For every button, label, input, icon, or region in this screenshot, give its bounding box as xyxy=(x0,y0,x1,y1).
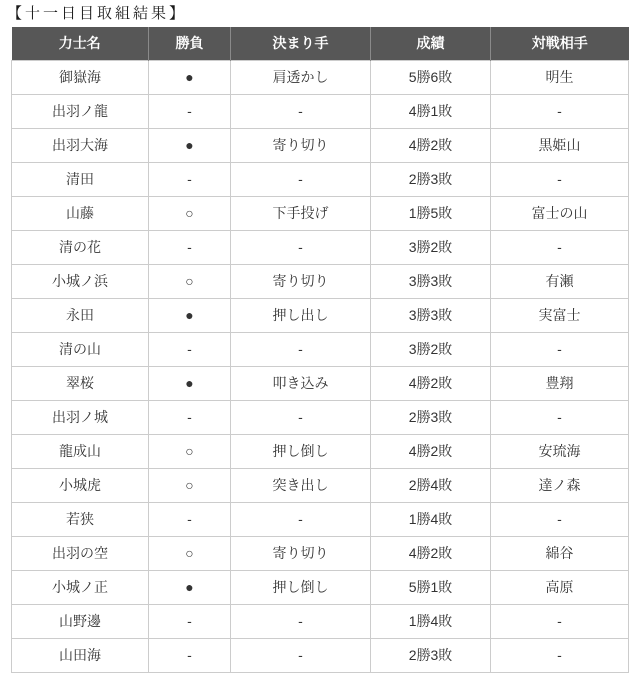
cell-rikishi-name: 若狭 xyxy=(12,502,149,536)
cell-record: 5勝6敗 xyxy=(371,60,491,94)
cell-result-mark: - xyxy=(149,94,231,128)
cell-rikishi-name: 清田 xyxy=(12,162,149,196)
cell-result-mark: ● xyxy=(149,128,231,162)
cell-kimarite: - xyxy=(231,400,371,434)
cell-opponent: - xyxy=(491,332,629,366)
cell-opponent: 豊翔 xyxy=(491,366,629,400)
cell-result-mark: - xyxy=(149,638,231,672)
cell-result-mark: - xyxy=(149,230,231,264)
cell-record: 3勝2敗 xyxy=(371,332,491,366)
cell-record: 4勝2敗 xyxy=(371,434,491,468)
results-table-body: 御嶽海●肩透かし5勝6敗明生出羽ノ龍--4勝1敗-出羽大海●寄り切り4勝2敗黒姫… xyxy=(12,60,629,672)
cell-record: 1勝4敗 xyxy=(371,604,491,638)
cell-rikishi-name: 山藤 xyxy=(12,196,149,230)
cell-result-mark: ● xyxy=(149,298,231,332)
cell-kimarite: - xyxy=(231,332,371,366)
cell-rikishi-name: 御嶽海 xyxy=(12,60,149,94)
cell-rikishi-name: 小城虎 xyxy=(12,468,149,502)
cell-rikishi-name: 山野邊 xyxy=(12,604,149,638)
results-table: 力士名 勝負 決まり手 成績 対戦相手 御嶽海●肩透かし5勝6敗明生出羽ノ龍--… xyxy=(11,27,629,673)
table-row: 御嶽海●肩透かし5勝6敗明生 xyxy=(12,60,629,94)
cell-record: 2勝4敗 xyxy=(371,468,491,502)
table-row: 出羽ノ龍--4勝1敗- xyxy=(12,94,629,128)
page-title: 【十一日目取組結果】 xyxy=(7,6,640,22)
cell-record: 4勝2敗 xyxy=(371,128,491,162)
cell-result-mark: ● xyxy=(149,366,231,400)
cell-result-mark: - xyxy=(149,332,231,366)
cell-opponent: 富士の山 xyxy=(491,196,629,230)
cell-result-mark: ○ xyxy=(149,196,231,230)
cell-record: 1勝5敗 xyxy=(371,196,491,230)
cell-kimarite: 押し倒し xyxy=(231,434,371,468)
cell-record: 4勝1敗 xyxy=(371,94,491,128)
column-header-opponent: 対戦相手 xyxy=(491,27,629,60)
column-header-result-mark: 勝負 xyxy=(149,27,231,60)
column-header-rikishi-name: 力士名 xyxy=(12,27,149,60)
cell-kimarite: - xyxy=(231,162,371,196)
cell-result-mark: ● xyxy=(149,570,231,604)
cell-kimarite: 叩き込み xyxy=(231,366,371,400)
cell-rikishi-name: 翠桜 xyxy=(12,366,149,400)
table-row: 出羽の空○寄り切り4勝2敗綿谷 xyxy=(12,536,629,570)
table-row: 出羽ノ城--2勝3敗- xyxy=(12,400,629,434)
cell-opponent: 明生 xyxy=(491,60,629,94)
cell-record: 3勝3敗 xyxy=(371,298,491,332)
cell-opponent: - xyxy=(491,638,629,672)
cell-rikishi-name: 清の花 xyxy=(12,230,149,264)
cell-opponent: - xyxy=(491,94,629,128)
cell-opponent: 有瀬 xyxy=(491,264,629,298)
table-row: 出羽大海●寄り切り4勝2敗黒姫山 xyxy=(12,128,629,162)
table-row: 若狭--1勝4敗- xyxy=(12,502,629,536)
cell-opponent: 実富士 xyxy=(491,298,629,332)
cell-record: 2勝3敗 xyxy=(371,638,491,672)
cell-kimarite: 押し倒し xyxy=(231,570,371,604)
cell-result-mark: - xyxy=(149,162,231,196)
table-row: 永田●押し出し3勝3敗実富士 xyxy=(12,298,629,332)
cell-opponent: 高原 xyxy=(491,570,629,604)
cell-kimarite: - xyxy=(231,604,371,638)
cell-record: 5勝1敗 xyxy=(371,570,491,604)
table-row: 清の花--3勝2敗- xyxy=(12,230,629,264)
cell-opponent: 黒姫山 xyxy=(491,128,629,162)
cell-opponent: - xyxy=(491,400,629,434)
cell-opponent: - xyxy=(491,162,629,196)
table-row: 小城ノ正●押し倒し5勝1敗高原 xyxy=(12,570,629,604)
cell-kimarite: - xyxy=(231,230,371,264)
column-header-record: 成績 xyxy=(371,27,491,60)
column-header-kimarite: 決まり手 xyxy=(231,27,371,60)
cell-opponent: - xyxy=(491,230,629,264)
cell-result-mark: - xyxy=(149,604,231,638)
cell-result-mark: ● xyxy=(149,60,231,94)
cell-kimarite: 下手投げ xyxy=(231,196,371,230)
cell-opponent: 綿谷 xyxy=(491,536,629,570)
cell-result-mark: ○ xyxy=(149,536,231,570)
cell-kimarite: 押し出し xyxy=(231,298,371,332)
cell-kimarite: 寄り切り xyxy=(231,536,371,570)
cell-rikishi-name: 出羽大海 xyxy=(12,128,149,162)
cell-kimarite: 寄り切り xyxy=(231,264,371,298)
table-row: 山藤○下手投げ1勝5敗富士の山 xyxy=(12,196,629,230)
cell-opponent: 達ノ森 xyxy=(491,468,629,502)
table-row: 山野邊--1勝4敗- xyxy=(12,604,629,638)
cell-rikishi-name: 山田海 xyxy=(12,638,149,672)
table-row: 清田--2勝3敗- xyxy=(12,162,629,196)
cell-rikishi-name: 小城ノ正 xyxy=(12,570,149,604)
cell-result-mark: - xyxy=(149,502,231,536)
table-row: 龍成山○押し倒し4勝2敗安琉海 xyxy=(12,434,629,468)
cell-rikishi-name: 出羽ノ城 xyxy=(12,400,149,434)
cell-rikishi-name: 小城ノ浜 xyxy=(12,264,149,298)
cell-kimarite: 突き出し xyxy=(231,468,371,502)
cell-record: 4勝2敗 xyxy=(371,536,491,570)
table-row: 山田海--2勝3敗- xyxy=(12,638,629,672)
cell-rikishi-name: 永田 xyxy=(12,298,149,332)
table-row: 翠桜●叩き込み4勝2敗豊翔 xyxy=(12,366,629,400)
cell-opponent: 安琉海 xyxy=(491,434,629,468)
table-row: 清の山--3勝2敗- xyxy=(12,332,629,366)
cell-record: 3勝3敗 xyxy=(371,264,491,298)
table-row: 小城ノ浜○寄り切り3勝3敗有瀬 xyxy=(12,264,629,298)
cell-kimarite: 寄り切り xyxy=(231,128,371,162)
cell-kimarite: - xyxy=(231,94,371,128)
cell-rikishi-name: 清の山 xyxy=(12,332,149,366)
cell-kimarite: - xyxy=(231,638,371,672)
table-header-row: 力士名 勝負 決まり手 成績 対戦相手 xyxy=(12,27,629,60)
cell-record: 3勝2敗 xyxy=(371,230,491,264)
cell-result-mark: ○ xyxy=(149,434,231,468)
cell-result-mark: ○ xyxy=(149,264,231,298)
cell-record: 4勝2敗 xyxy=(371,366,491,400)
cell-record: 2勝3敗 xyxy=(371,400,491,434)
page: 【十一日目取組結果】 力士名 勝負 決まり手 成績 対戦相手 御嶽海●肩透かし5… xyxy=(0,0,640,681)
cell-rikishi-name: 出羽ノ龍 xyxy=(12,94,149,128)
cell-rikishi-name: 出羽の空 xyxy=(12,536,149,570)
cell-opponent: - xyxy=(491,502,629,536)
cell-result-mark: - xyxy=(149,400,231,434)
cell-result-mark: ○ xyxy=(149,468,231,502)
cell-kimarite: 肩透かし xyxy=(231,60,371,94)
table-row: 小城虎○突き出し2勝4敗達ノ森 xyxy=(12,468,629,502)
cell-rikishi-name: 龍成山 xyxy=(12,434,149,468)
cell-kimarite: - xyxy=(231,502,371,536)
cell-opponent: - xyxy=(491,604,629,638)
cell-record: 2勝3敗 xyxy=(371,162,491,196)
cell-record: 1勝4敗 xyxy=(371,502,491,536)
